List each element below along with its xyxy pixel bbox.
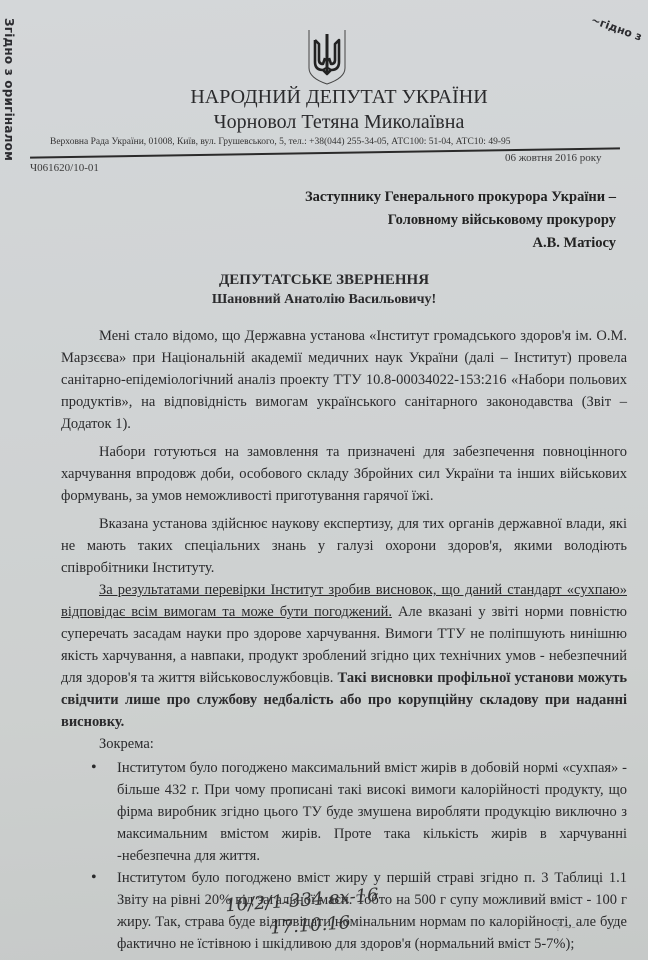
document-body: Мені стало відомо, що Державна установа … [61, 325, 627, 955]
list-item: Інститутом було погоджено максимальний в… [117, 757, 627, 867]
addressee-line: Заступнику Генерального прокурора Україн… [305, 186, 616, 209]
addressee-line: А.В. Матіосу [305, 232, 616, 255]
document-title: ДЕПУТАТСЬКЕ ЗВЕРНЕННЯ [0, 272, 648, 289]
addressee-line: Головному військовому прокурору [305, 209, 616, 232]
list-item: Інститутом було погоджено вміст жиру у п… [117, 867, 627, 955]
faint-mark: ?~- [555, 920, 576, 934]
letterhead-name: Чорновол Тетяна Миколаївна [0, 111, 648, 134]
corner-stamp: ~гідно з [589, 13, 643, 43]
addressee-block: Заступнику Генерального прокурора Україн… [305, 186, 616, 255]
registration-number: Ч061620/10-01 [30, 162, 99, 174]
zokrema-label: Зокрема: [61, 733, 627, 755]
letter-date: 06 жовтня 2016 року [505, 152, 601, 164]
paragraph: Мені стало відомо, що Державна установа … [61, 325, 627, 435]
letterhead-address: Верховна Рада України, 01008, Київ, вул.… [50, 137, 510, 147]
letterhead-title: НАРОДНИЙ ДЕПУТАТ УКРАЇНИ [0, 86, 648, 109]
paragraph-findings: За результатами перевірки Інститут зроби… [61, 579, 627, 733]
salutation: Шановний Анатолію Васильовичу! [0, 292, 648, 308]
tryzub-icon [305, 28, 349, 86]
paragraph: Вказана установа здійснює наукову експер… [61, 513, 627, 579]
document-page: Згідно з оригіналом ~гідно з НАРОДНИЙ ДЕ… [0, 0, 648, 960]
paragraph: Набори готуються на замовлення та призна… [61, 441, 627, 507]
